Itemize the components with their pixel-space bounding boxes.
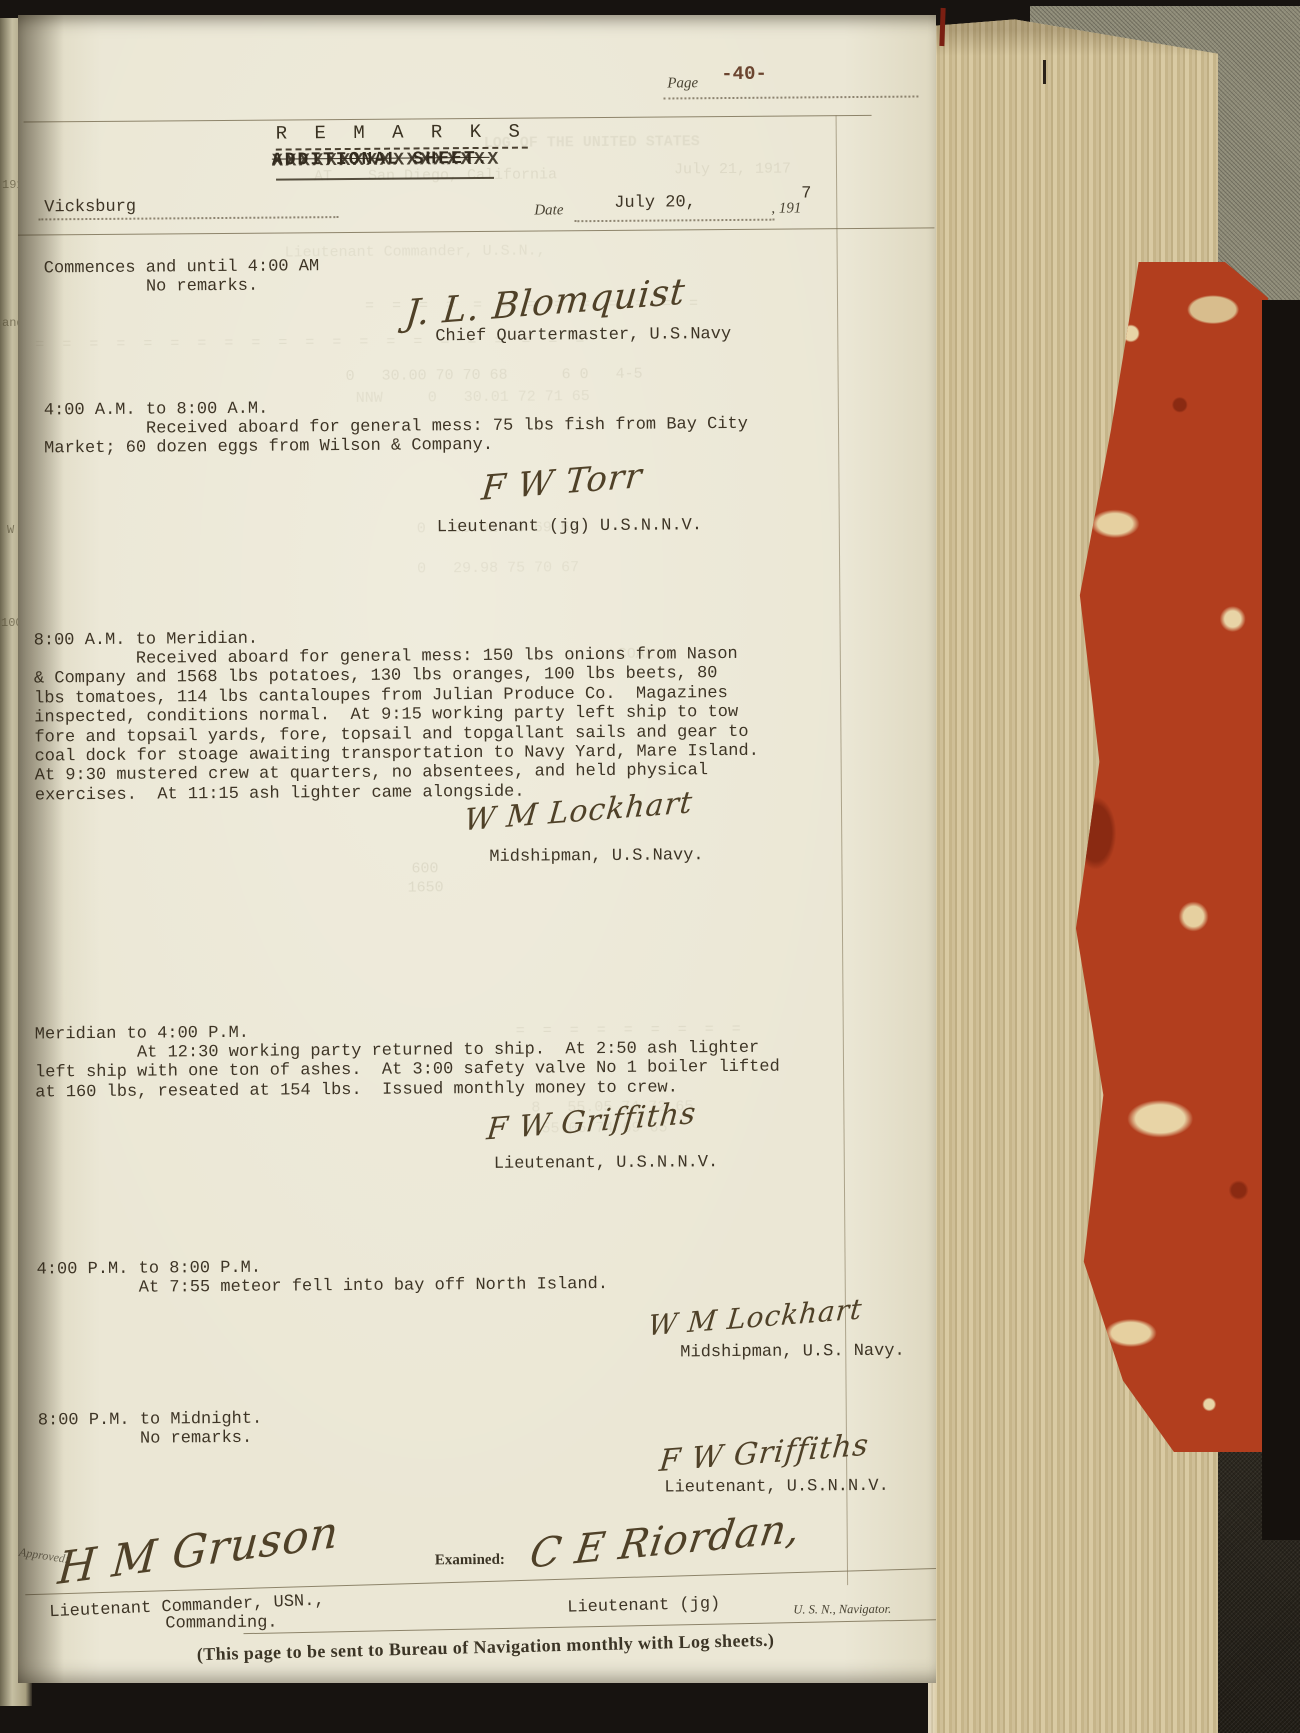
watch-entry-time: 4:00 P.M. to 8:00 P.M. <box>37 1259 262 1280</box>
signer-title: Chief Quartermaster, U.S.Navy <box>435 325 731 347</box>
edge-notch <box>1043 60 1046 84</box>
bleedthrough-text: 600 <box>411 860 438 877</box>
log-page-content: LOG OF THE UNITED STATES AT San Diego, C… <box>18 15 936 1683</box>
signature-handwritten: F W Torr <box>480 456 645 509</box>
watch-entry-time: 8:00 A.M. to Meridian. <box>34 630 259 651</box>
bleedthrough-text: 0 30.00 70 70 68 6 0 4-5 <box>346 366 643 385</box>
bleedthrough-text: Lieutenant Commander, U.S.N., <box>285 242 546 261</box>
watch-entry-time: 8:00 P.M. to Midnight. <box>38 1410 263 1431</box>
navigator-title: U. S. N., Navigator. <box>793 1602 891 1618</box>
signer-title: Lieutenant, U.S.N.N.V. <box>494 1153 719 1174</box>
signature-handwritten: F W Griffiths <box>485 1096 698 1148</box>
bleedthrough-text: NNW 0 30.01 72 71 65 <box>356 388 590 407</box>
background-shadow <box>1262 300 1300 1540</box>
year-prefix: , 191 <box>771 200 801 217</box>
page-number: -40- <box>721 63 767 85</box>
header-rule <box>18 227 934 235</box>
signer-title: Lieutenant, U.S.N.N.V. <box>664 1477 889 1498</box>
signer-title: Lieutenant (jg) U.S.N.N.V. <box>437 516 702 537</box>
prev-page-fragment: W <box>7 523 14 537</box>
watch-entry-time: Meridian to 4:00 P.M. <box>35 1024 249 1045</box>
strikeout-overtype: XXXXXXXXXXXXXXXXX <box>272 150 501 172</box>
signer-title: Midshipman, U.S. Navy. <box>680 1342 905 1363</box>
bleedthrough-text: 1650 <box>408 879 444 896</box>
right-margin-rule <box>836 115 849 1585</box>
watch-entry-time: 4:00 A.M. to 8:00 A.M. <box>44 400 269 421</box>
date-label: Date <box>534 202 563 219</box>
remarks-title: R E M A R K S <box>276 121 528 151</box>
year-digit: 7 <box>801 184 811 203</box>
examined-label: Examined: <box>435 1552 505 1570</box>
bleedthrough-text: 0 29.98 75 70 67 <box>417 559 579 577</box>
date-value: July 20, <box>614 193 696 213</box>
page-label: Page <box>667 75 698 92</box>
page-number-line <box>663 96 918 100</box>
navigator-rank: Lieutenant (jg) <box>567 1595 720 1618</box>
watch-entry-body: At 12:30 working party returned to ship.… <box>35 1038 835 1103</box>
scanned-logbook-photo: 1917 and W 100 LOG OF THE UNITED STATES … <box>0 0 1300 1733</box>
log-page: LOG OF THE UNITED STATES AT San Diego, C… <box>18 15 936 1683</box>
date-line <box>574 219 774 223</box>
gutter-shadow <box>18 15 64 1683</box>
commander-title-2: Commanding. <box>165 1614 277 1634</box>
signer-title: Midshipman, U.S.Navy. <box>489 846 703 867</box>
bleedthrough-text: July 21, 1917 <box>674 161 791 179</box>
additional-sheet-subtitle: ADDITIONAL SHEET. XXXXXXXXXXXXXXXXX <box>272 149 490 171</box>
bleedthrough-text: = = = = = = = = = <box>516 1021 741 1040</box>
signature-handwritten: W M Lockhart <box>647 1292 864 1342</box>
navigator-signature: C E Riordan, <box>527 1505 804 1578</box>
watch-entry-body: Received aboard for general mess: 150 lb… <box>34 644 835 806</box>
watch-entry-body: Received aboard for general mess: 75 lbs… <box>44 414 834 459</box>
commander-signature: H M Gruson <box>56 1506 341 1595</box>
